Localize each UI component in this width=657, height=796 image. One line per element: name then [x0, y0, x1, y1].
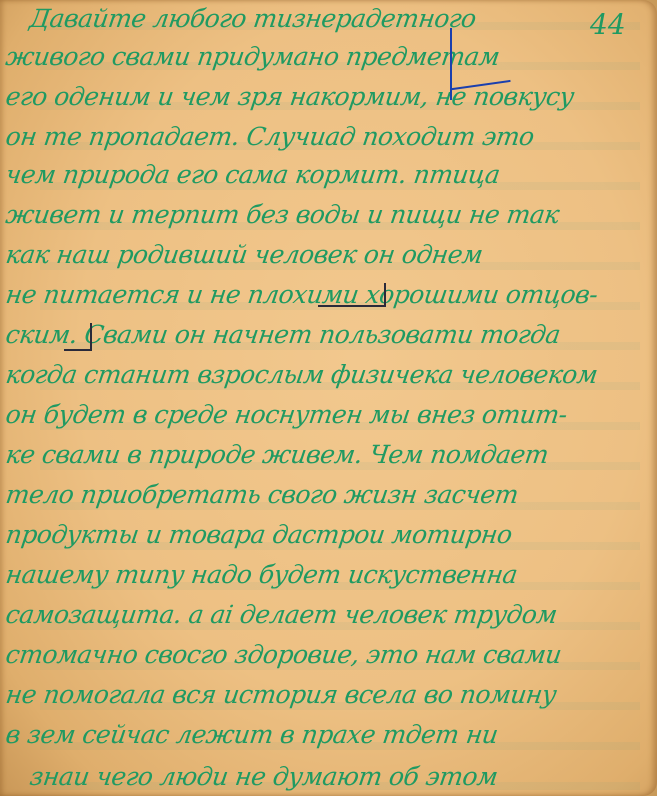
text-line: стомачно свосго здоровие, это нам свами [4, 640, 563, 669]
notebook-page: 44 Давайте любого тизнерадетного живого … [0, 0, 657, 796]
text-line: не помогала вся история всела во помину [4, 680, 558, 709]
text-line: в зем сейчас лежит в прахе тдет ни [4, 720, 500, 749]
text-line: как наш родивший человек он однем [4, 240, 485, 269]
editor-mark-bracket [318, 283, 386, 307]
show-through-text [40, 0, 640, 796]
text-line: нашему типу надо будет искуственна [4, 560, 519, 589]
editor-mark-bracket [64, 323, 92, 351]
text-line: живого свами придумано предметам [4, 42, 501, 71]
text-line: тело приобретать свого жизн засчет [4, 480, 520, 509]
text-line: знаи чего люди не думают об этом [28, 762, 500, 791]
text-line: продукты и товара дастрои мотирно [4, 520, 514, 549]
page-number: 44 [590, 8, 626, 41]
text-line: Давайте любого тизнерадетного [28, 4, 478, 33]
text-line: он те пропадает. Случиад походит это [4, 122, 536, 151]
text-line: когда станит взрослым физичека человеком [4, 360, 599, 389]
text-line: не питается и не плохими хорошими отцов- [4, 280, 599, 309]
text-line: чем природа его сама кормит. птица [4, 160, 502, 189]
text-line: самозащита. а ai делает человек трудом [4, 600, 559, 629]
text-line: он будет в среде носнутен мы внез отит- [4, 400, 569, 429]
text-line: ке свами в природе живем. Чем помдает [4, 440, 550, 469]
text-line: живет и терпит без воды и пищи не так [4, 200, 561, 229]
